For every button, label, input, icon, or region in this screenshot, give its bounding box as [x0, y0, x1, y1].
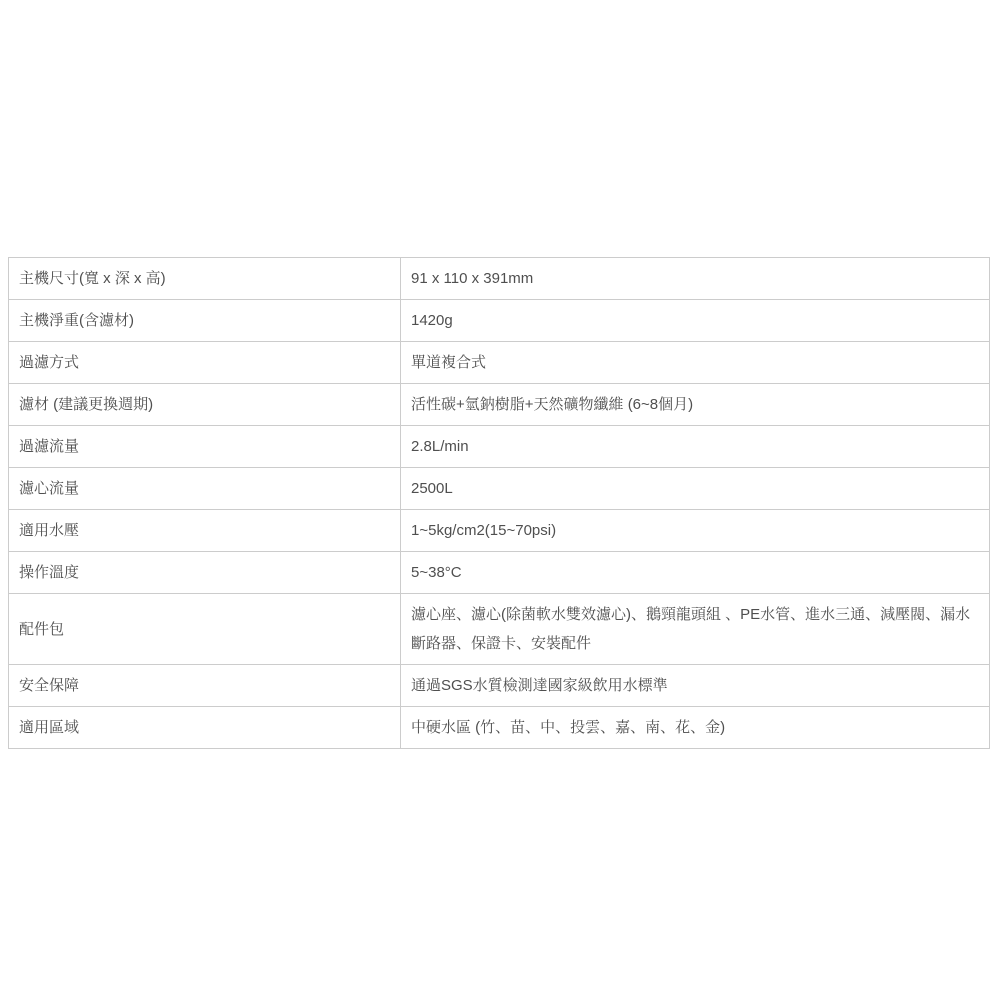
spec-label: 過濾方式 [9, 342, 401, 384]
spec-value: 2500L [401, 468, 990, 510]
table-row: 適用區域 中硬水區 (竹、苗、中、投雲、嘉、南、花、金) [9, 707, 990, 749]
spec-label: 安全保障 [9, 665, 401, 707]
table-row: 濾心流量 2500L [9, 468, 990, 510]
spec-label: 過濾流量 [9, 426, 401, 468]
spec-value: 中硬水區 (竹、苗、中、投雲、嘉、南、花、金) [401, 707, 990, 749]
table-row: 主機尺寸(寬 x 深 x 高) 91 x 110 x 391mm [9, 258, 990, 300]
spec-label: 適用水壓 [9, 510, 401, 552]
product-spec-page: 主機尺寸(寬 x 深 x 高) 91 x 110 x 391mm 主機淨重(含濾… [0, 0, 1000, 1000]
spec-value: 1~5kg/cm2(15~70psi) [401, 510, 990, 552]
table-row: 適用水壓 1~5kg/cm2(15~70psi) [9, 510, 990, 552]
spec-label: 配件包 [9, 594, 401, 665]
table-row: 操作溫度 5~38°C [9, 552, 990, 594]
table-row: 主機淨重(含濾材) 1420g [9, 300, 990, 342]
table-row: 安全保障 通過SGS水質檢測達國家級飲用水標準 [9, 665, 990, 707]
spec-value: 1420g [401, 300, 990, 342]
spec-value: 通過SGS水質檢測達國家級飲用水標準 [401, 665, 990, 707]
spec-label: 濾材 (建議更換週期) [9, 384, 401, 426]
spec-value: 2.8L/min [401, 426, 990, 468]
spec-value: 5~38°C [401, 552, 990, 594]
table-row: 過濾方式 單道複合式 [9, 342, 990, 384]
spec-value: 濾心座、濾心(除菌軟水雙效濾心)、鵝頸龍頭組 、PE水管、進水三通、減壓閥、漏水… [401, 594, 990, 665]
spec-table-body: 主機尺寸(寬 x 深 x 高) 91 x 110 x 391mm 主機淨重(含濾… [9, 258, 990, 749]
spec-label: 操作溫度 [9, 552, 401, 594]
product-spec-table: 主機尺寸(寬 x 深 x 高) 91 x 110 x 391mm 主機淨重(含濾… [8, 257, 990, 749]
table-row: 過濾流量 2.8L/min [9, 426, 990, 468]
spec-label: 主機尺寸(寬 x 深 x 高) [9, 258, 401, 300]
table-row: 濾材 (建議更換週期) 活性碳+氫鈉樹脂+天然礦物纖維 (6~8個月) [9, 384, 990, 426]
spec-value: 活性碳+氫鈉樹脂+天然礦物纖維 (6~8個月) [401, 384, 990, 426]
spec-label: 濾心流量 [9, 468, 401, 510]
spec-label: 適用區域 [9, 707, 401, 749]
spec-value: 單道複合式 [401, 342, 990, 384]
table-row: 配件包 濾心座、濾心(除菌軟水雙效濾心)、鵝頸龍頭組 、PE水管、進水三通、減壓… [9, 594, 990, 665]
spec-label: 主機淨重(含濾材) [9, 300, 401, 342]
spec-value: 91 x 110 x 391mm [401, 258, 990, 300]
